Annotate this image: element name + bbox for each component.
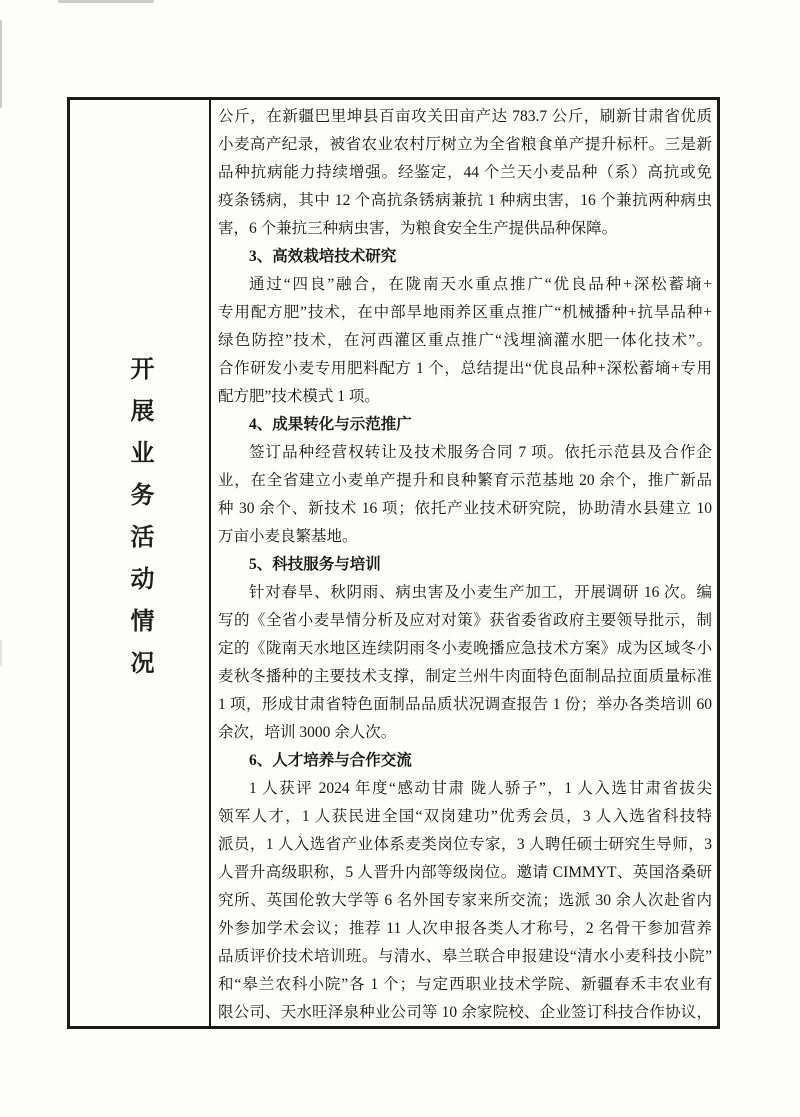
scan-artifact bbox=[0, 20, 2, 108]
section-heading: 4、成果转化与示范推广 bbox=[218, 411, 712, 439]
text-line: 限公司、天水旺泽泉种业公司等 10 余家院校、企业签订科技合作协议， bbox=[218, 999, 712, 1026]
text-line: 外参加学术会议；推荐 11 人次申报各类人才称号，2 名骨干参加营养 bbox=[218, 915, 712, 943]
row-header-cell: 开展业务活动情况 bbox=[70, 100, 211, 1026]
text-line: 公斤，在新疆巴里坤县百亩攻关田亩产达 783.7 公斤，刷新甘肃省优质 bbox=[218, 103, 712, 131]
text-line: 绿色防控”技术，在河西灌区重点推广“浅埋滴灌水肥一体化技术”。 bbox=[218, 327, 712, 355]
row-header-char: 动 bbox=[131, 568, 155, 592]
text-line: 种 30 余个、新技术 16 项；依托产业技术研究院，协助清水县建立 10 bbox=[218, 495, 712, 523]
row-header-char: 务 bbox=[131, 484, 155, 508]
text-line: 专用配方肥”技术，在中部旱地雨养区重点推广“机械播种+抗旱品种+ bbox=[218, 299, 712, 327]
text-line: 小麦高产纪录，被省农业农村厅树立为全省粮食单产提升标杆。三是新 bbox=[218, 131, 712, 159]
text-line: 写的《全省小麦旱情分析及应对对策》获省委省政府主要领导批示，制 bbox=[218, 607, 712, 635]
text-line: 1 项，形成甘肃省特色面制品品质状况调查报告 1 份；举办各类培训 60 bbox=[218, 691, 712, 719]
text-line: 害，6 个兼抗三种病虫害，为粮食安全生产提供品种保障。 bbox=[218, 215, 712, 243]
text-line: 通过“四良”融合，在陇南天水重点推广“优良品种+深松蓄墒+ bbox=[218, 271, 712, 299]
text-line: 品质评价技术培训班。与清水、皋兰联合申报建设“清水小麦科技小院” bbox=[218, 943, 712, 971]
scan-artifact bbox=[58, 0, 154, 3]
row-header-char: 展 bbox=[131, 400, 155, 424]
row-header-char: 业 bbox=[131, 442, 155, 466]
row-header-char: 况 bbox=[131, 652, 155, 676]
text-line: 和“皋兰农科小院”各 1 个；与定西职业技术学院、新疆春禾丰农业有 bbox=[218, 971, 712, 999]
text-line: 品种抗病能力持续增强。经鉴定，44 个兰天小麦品种（系）高抗或免 bbox=[218, 159, 712, 187]
text-line: 人晋升高级职称，5 人晋升内部等级岗位。邀请 CIMMYT、英国洛桑研 bbox=[218, 859, 712, 887]
text-line: 领军人才，1 人获民进全国“双岗建功”优秀会员，3 人入选省科技特 bbox=[218, 803, 712, 831]
text-line: 麦秋冬播种的主要技术支撑，制定兰州牛肉面特色面制品拉面质量标准 bbox=[218, 663, 712, 691]
text-line: 针对春旱、秋阴雨、病虫害及小麦生产加工，开展调研 16 次。编 bbox=[218, 579, 712, 607]
text-line: 合作研发小麦专用肥料配方 1 个，总结提出“优良品种+深松蓄墒+专用 bbox=[218, 355, 712, 383]
text-line: 疫条锈病，其中 12 个高抗条锈病兼抗 1 种病虫害，16 个兼抗两种病虫 bbox=[218, 187, 712, 215]
row-header-char: 情 bbox=[131, 610, 155, 634]
scan-artifact bbox=[0, 640, 2, 666]
activities-table: 开展业务活动情况 公斤，在新疆巴里坤县百亩攻关田亩产达 783.7 公斤，刷新甘… bbox=[67, 97, 720, 1029]
text-line: 万亩小麦良繁基地。 bbox=[218, 523, 712, 551]
report-text: 公斤，在新疆巴里坤县百亩攻关田亩产达 783.7 公斤，刷新甘肃省优质小麦高产纪… bbox=[218, 103, 712, 1026]
row-header-char: 活 bbox=[131, 526, 155, 550]
text-line: 签订品种经营权转让及技术服务合同 7 项。依托示范县及合作企 bbox=[218, 439, 712, 467]
text-line: 派员，1 人入选省产业体系麦类岗位专家，3 人聘任硕士研究生导师，3 bbox=[218, 831, 712, 859]
text-line: 定的《陇南天水地区连续阴雨冬小麦晚播应急技术方案》成为区域冬小 bbox=[218, 635, 712, 663]
text-line: 业，在全省建立小麦单产提升和良种繁育示范基地 20 余个，推广新品 bbox=[218, 467, 712, 495]
text-line: 1 人获评 2024 年度“感动甘肃 陇人骄子”，1 人入选甘肃省拔尖 bbox=[218, 775, 712, 803]
content-cell: 公斤，在新疆巴里坤县百亩攻关田亩产达 783.7 公斤，刷新甘肃省优质小麦高产纪… bbox=[211, 100, 717, 1026]
text-line: 余次，培训 3000 余人次。 bbox=[218, 719, 712, 747]
row-header-char: 开 bbox=[131, 358, 155, 382]
text-line: 配方肥”技术模式 1 项。 bbox=[218, 383, 712, 411]
section-heading: 5、科技服务与培训 bbox=[218, 551, 712, 579]
scanned-page: 开展业务活动情况 公斤，在新疆巴里坤县百亩攻关田亩产达 783.7 公斤，刷新甘… bbox=[0, 0, 800, 1117]
text-line: 究所、英国伦敦大学等 6 名外国专家来所交流；选派 30 余人次赴省内 bbox=[218, 887, 712, 915]
row-header-text: 开展业务活动情况 bbox=[131, 358, 155, 676]
section-heading: 6、人才培养与合作交流 bbox=[218, 747, 712, 775]
section-heading: 3、高效栽培技术研究 bbox=[218, 243, 712, 271]
